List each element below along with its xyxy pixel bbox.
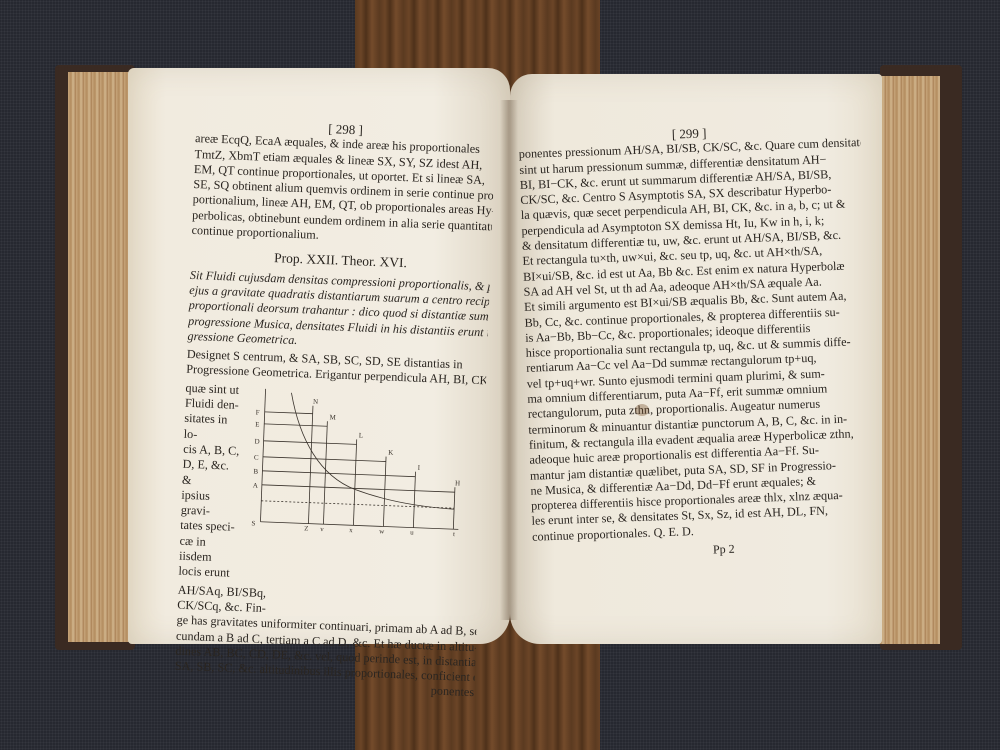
left-page: [ 298 ] areæ EcqQ, EcaA æquales, & inde … [128, 68, 510, 644]
text-line: locis erunt [178, 564, 237, 582]
closing-paragraph: ge has gravitates uniformiter continuari… [175, 613, 477, 686]
svg-text:y: y [320, 525, 324, 533]
svg-text:K: K [388, 448, 393, 456]
svg-text:I: I [418, 464, 421, 472]
svg-text:S: S [251, 519, 255, 527]
svg-text:B: B [253, 467, 258, 475]
text-line: sitates in lo- [183, 411, 242, 444]
svg-text:Z: Z [304, 524, 309, 532]
svg-text:N: N [313, 397, 318, 405]
svg-text:F: F [256, 408, 260, 416]
paper-stain [635, 404, 649, 416]
text-line: ipsius gravi- [181, 488, 240, 521]
svg-text:C: C [254, 453, 259, 461]
right-page: [ 299 ] ponentes pressionum AH/SA, BI/SB… [510, 74, 882, 644]
intro-paragraph: areæ EcqQ, EcaA æquales, & inde areæ his… [191, 131, 495, 250]
figure-side-text: quæ sint ut Fluidi den- sitates in lo- c… [178, 381, 244, 582]
text-line: D, E, &c. & [182, 457, 241, 490]
svg-text:u: u [410, 528, 414, 536]
svg-text:H: H [455, 479, 460, 487]
text-line: tates speci- [180, 518, 239, 536]
svg-text:D: D [254, 437, 259, 445]
left-page-text: [ 298 ] areæ EcqQ, EcaA æquales, & inde … [174, 116, 496, 701]
svg-text:L: L [359, 431, 364, 439]
svg-text:M: M [329, 413, 336, 421]
svg-text:A: A [253, 481, 258, 489]
svg-text:w: w [379, 527, 385, 535]
proposition-statement: Sit Fluidi cujusdam densitas compression… [187, 268, 490, 356]
text-line: cæ in iisdem [179, 533, 238, 566]
svg-text:t: t [453, 530, 455, 537]
book-gutter [500, 100, 518, 620]
svg-text:x: x [349, 526, 353, 534]
page-edges-right [878, 76, 940, 644]
svg-text:E: E [255, 420, 260, 428]
right-page-text: [ 299 ] ponentes pressionum AH/SA, BI/SB… [518, 120, 875, 564]
body-paragraph: ponentes pressionum AH/SA, BI/SB, CK/SC,… [519, 135, 875, 544]
figure-block: quæ sint ut Fluidi den- sitates in lo- c… [178, 381, 485, 591]
page-edges-left [68, 72, 130, 642]
hyperbola-diagram: FED CBA S NML KIH Zyx wut [248, 383, 473, 536]
